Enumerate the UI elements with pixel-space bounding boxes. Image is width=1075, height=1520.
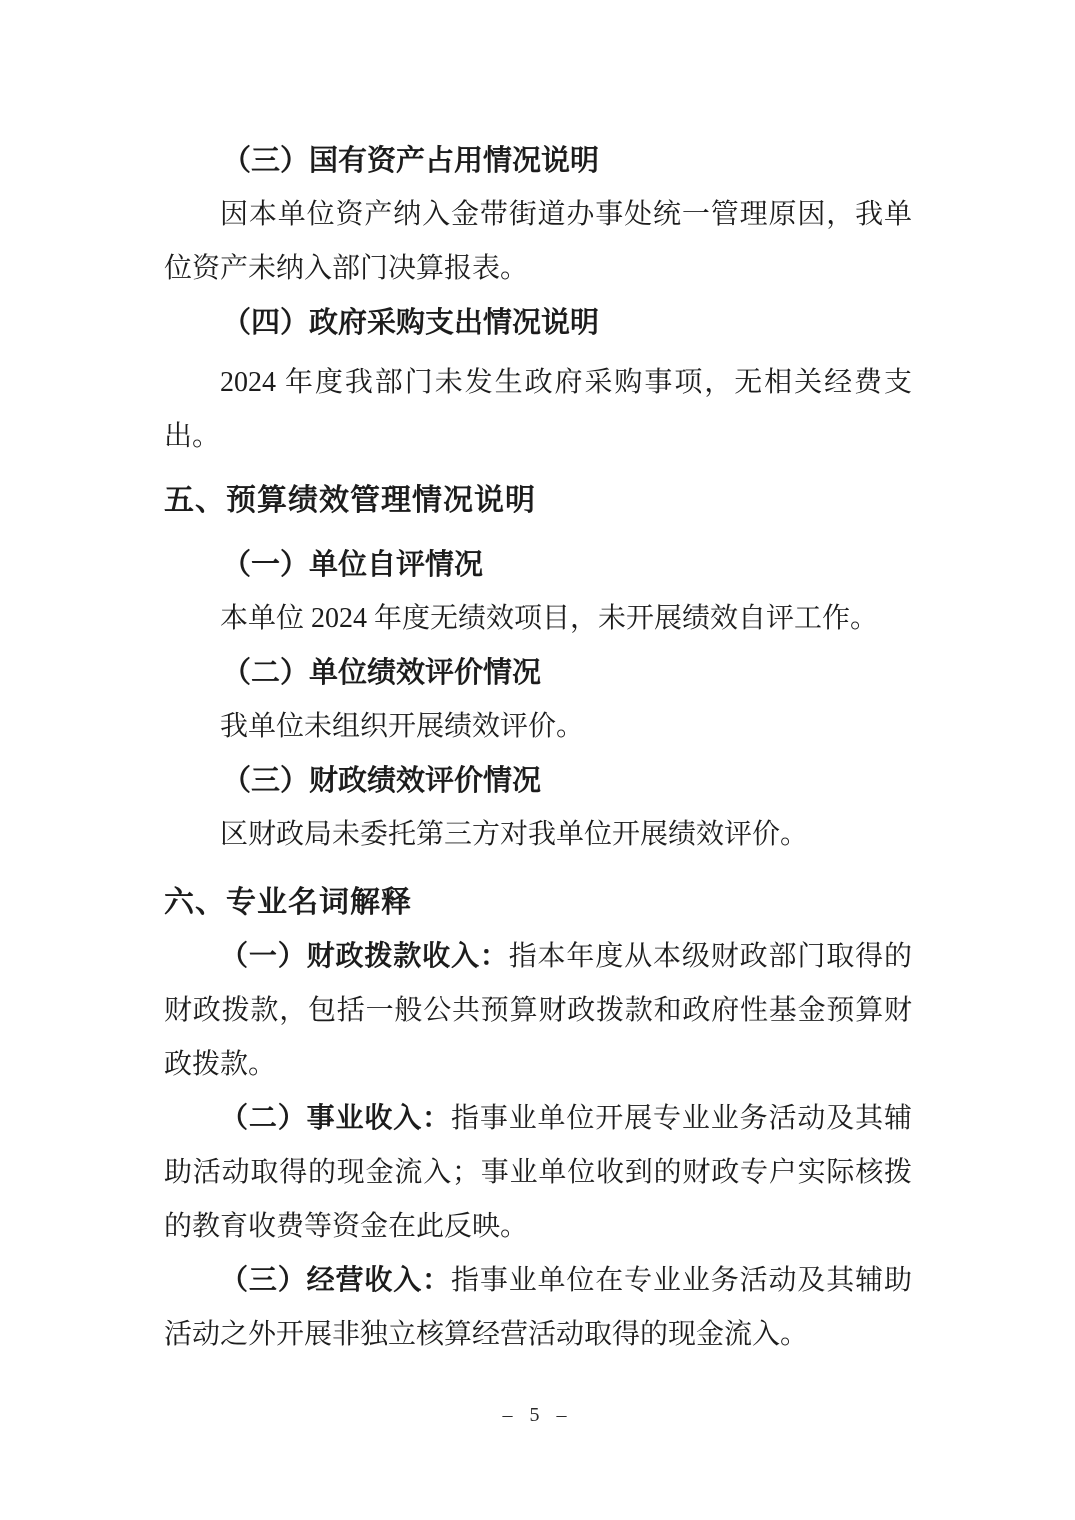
subsection-heading-procurement: （四）政府采购支出情况说明 [164, 296, 912, 350]
term-lead-operating-income: （三）经营收入： [220, 1265, 451, 1296]
term-definition-institutional-income: （二）事业收入：指事业单位开展专业业务活动及其辅助活动取得的现金流入；事业单位收… [164, 1092, 912, 1254]
document-content: （三）国有资产占用情况说明 因本单位资产纳入金带街道办事处统一管理原因，我单位资… [164, 134, 912, 1362]
subsection-heading-unit-performance-evaluation: （二）单位绩效评价情况 [164, 646, 912, 700]
paragraph-procurement: 2024 年度我部门未发生政府采购事项，无相关经费支出。 [164, 356, 912, 464]
paragraph-state-assets: 因本单位资产纳入金带街道办事处统一管理原因，我单位资产未纳入部门决算报表。 [164, 188, 912, 296]
section-title-5-budget-performance: 五、预算绩效管理情况说明 [164, 474, 912, 528]
subsection-heading-state-assets: （三）国有资产占用情况说明 [164, 134, 912, 188]
subsection-heading-fiscal-performance-evaluation: （三）财政绩效评价情况 [164, 754, 912, 808]
section-title-6-terminology: 六、专业名词解释 [164, 876, 912, 930]
term-definition-fiscal-appropriation-income: （一）财政拨款收入：指本年度从本级财政部门取得的财政拨款，包括一般公共预算财政拨… [164, 930, 912, 1092]
paragraph-fiscal-performance-evaluation: 区财政局未委托第三方对我单位开展绩效评价。 [164, 808, 912, 862]
page-number: – 5 – [0, 1402, 1075, 1428]
term-lead-fiscal-appropriation-income: （一）财政拨款收入： [220, 941, 509, 972]
paragraph-self-evaluation: 本单位 2024 年度无绩效项目，未开展绩效自评工作。 [164, 592, 912, 646]
subsection-heading-self-evaluation: （一）单位自评情况 [164, 538, 912, 592]
term-definition-operating-income: （三）经营收入：指事业单位在专业业务活动及其辅助活动之外开展非独立核算经营活动取… [164, 1254, 912, 1362]
document-page: （三）国有资产占用情况说明 因本单位资产纳入金带街道办事处统一管理原因，我单位资… [0, 0, 1075, 1520]
term-lead-institutional-income: （二）事业收入： [220, 1103, 451, 1134]
paragraph-unit-performance-evaluation: 我单位未组织开展绩效评价。 [164, 700, 912, 754]
